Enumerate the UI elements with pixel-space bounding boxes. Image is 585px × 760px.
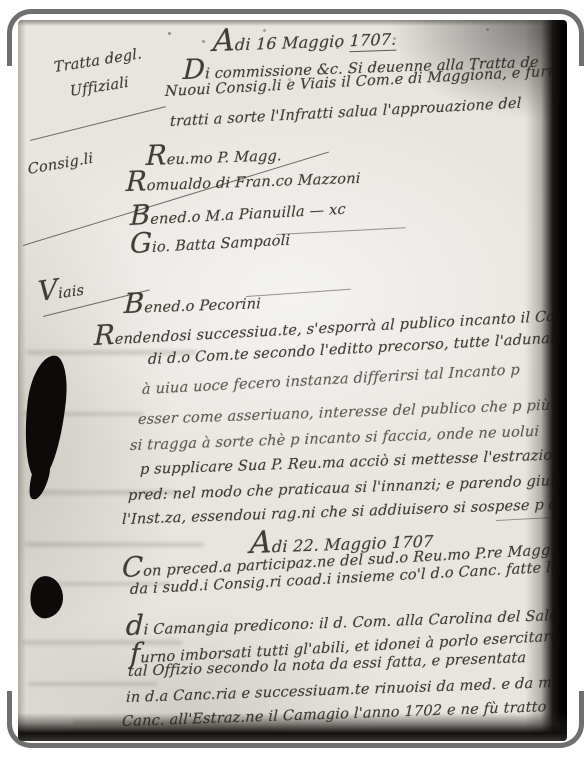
binding-clip-shadow bbox=[27, 574, 66, 620]
margin-note-viarii: Viais bbox=[37, 270, 85, 308]
scanned-document-viewer: Adi 16 Maggio 1707. Tratta degl. Uffizia… bbox=[0, 0, 585, 760]
text-line: tratti a sorte l'Infratti salua l'approu… bbox=[170, 96, 522, 130]
scan-bottom-edge-shadow bbox=[18, 713, 567, 741]
flourish-line bbox=[30, 106, 166, 141]
bleedthrough-streak bbox=[24, 542, 204, 547]
text-line: à uiua uoce fecero instanza differirsi t… bbox=[142, 362, 520, 398]
paper-specks bbox=[168, 32, 171, 35]
text-line: p supplicare Sua P. Reu.ma acciò si mett… bbox=[140, 447, 563, 478]
margin-note-tratta-line1: Tratta degl. bbox=[53, 46, 142, 76]
scan-left-edge-shadow bbox=[18, 20, 26, 741]
book-gutter-shadow bbox=[525, 20, 567, 741]
margin-note-consiglieri: Consig.li bbox=[27, 151, 94, 178]
flourish-line bbox=[276, 227, 406, 235]
manuscript-scan: Adi 16 Maggio 1707. Tratta degl. Uffizia… bbox=[18, 20, 567, 741]
bleedthrough-streak bbox=[28, 682, 158, 686]
text-line: esser come asseriuano, interesse del pub… bbox=[138, 396, 567, 428]
flourish-line bbox=[246, 289, 351, 298]
margin-note-tratta-line2: Uffiziali bbox=[69, 75, 129, 100]
scan-top-edge-shadow bbox=[18, 20, 567, 26]
